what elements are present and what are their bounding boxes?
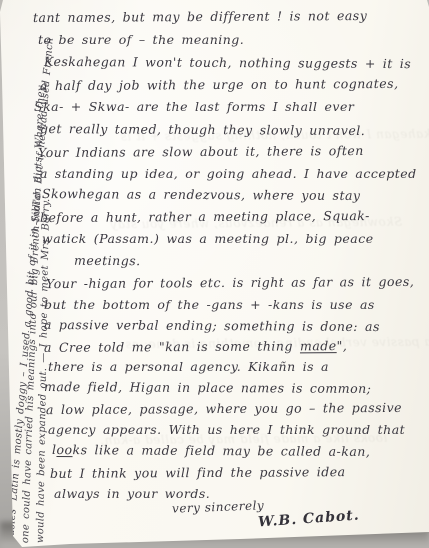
handwriting-text: a passive verbal ending; something is do… <box>44 317 380 334</box>
handwriting-line: a half day job with the urge on to hunt … <box>40 77 399 93</box>
handwriting-line: a Cree told me "kan is some thing made", <box>44 339 347 355</box>
handwriting-text: watick (Passam.) was a meeting pl., big … <box>42 231 374 246</box>
handwriting-line: Keskahegan I won't touch, nothing sugges… <box>44 55 411 71</box>
handwriting-line: to be sure of – the meaning. <box>38 33 244 47</box>
handwriting-line: get really tamed, though they slowly unr… <box>40 122 365 138</box>
closing-valediction: very sincerely <box>172 498 265 515</box>
handwriting-text: a half day job with the urge on to hunt … <box>40 76 399 93</box>
handwriting-line: but the bottom of the -gans + -kans is u… <box>44 298 375 312</box>
handwriting-line: a low place, passage, where you go – the… <box>46 401 402 417</box>
handwriting-line: watick (Passam.) was a meeting pl., big … <box>42 232 374 246</box>
handwriting-line: Your Indians are slow about it, there is… <box>38 144 364 160</box>
handwriting-text: Ska- + Skwa- are the last forms I shall … <box>34 99 354 114</box>
handwriting-text: there is a personal agency. Kikañn is a <box>48 359 329 374</box>
handwriting-text: Keskahegan I won't touch, nothing sugges… <box>44 54 411 71</box>
handwriting-text: Skowhegan as a rendezvous, where you sta… <box>42 186 361 203</box>
handwriting-line: before a hunt, rather a meeting place, S… <box>40 209 370 225</box>
handwriting-text: ks like a made field may be called a-kan… <box>73 442 371 459</box>
underlined-word: made <box>300 338 337 353</box>
handwriting-text: a Cree told me "kan is some thing <box>44 338 300 355</box>
handwriting-line: a standing up idea, or going ahead. I ha… <box>40 167 417 181</box>
handwriting-line: made field, Higan in place names is comm… <box>44 380 372 396</box>
handwriting-text: Your Indians are slow about it, there is… <box>38 143 364 160</box>
handwriting-text: but the bottom of the -gans + -kans is u… <box>44 297 375 312</box>
handwriting-line: a passive verbal ending; something is do… <box>44 318 380 334</box>
signature: W.B. Cabot. <box>258 507 361 530</box>
handwriting-text: Your -higan for tools etc. is right as f… <box>46 274 414 291</box>
handwriting-text: agency appears. With us here I think gro… <box>48 422 405 437</box>
handwriting-line: Ska- + Skwa- are the last forms I shall … <box>34 100 354 114</box>
handwriting-line: Skowhegan as a rendezvous, where you sta… <box>42 187 361 203</box>
handwriting-line: Your -higan for tools etc. is right as f… <box>46 275 414 291</box>
handwriting-text: a low place, passage, where you go – the… <box>46 400 402 417</box>
handwriting-text: a standing up idea, or going ahead. I ha… <box>40 166 417 181</box>
handwriting-line: there is a personal agency. Kikañn is a <box>48 360 329 374</box>
handwriting-text: tant names, but may be different ! is no… <box>33 8 367 25</box>
handwriting-text: meetings. <box>74 253 141 268</box>
handwriting-text: made field, Higan in place names is comm… <box>44 379 372 396</box>
handwriting-text: but I think you will find the passive id… <box>50 464 346 481</box>
scan-background: Keskahegan I won't touch, nothing sugges… <box>0 0 429 548</box>
underlined-word: oo <box>56 442 72 457</box>
handwriting-line: but I think you will find the passive id… <box>50 465 346 481</box>
handwriting-line: meetings. <box>74 254 141 268</box>
handwriting-text: ", <box>337 338 348 353</box>
handwriting-text: before a hunt, rather a meeting place, S… <box>40 208 370 225</box>
handwriting-line: agency appears. With us here I think gro… <box>48 423 405 437</box>
handwriting-text: always in your words. <box>54 486 210 501</box>
letter-page: Keskahegan I won't touch, nothing sugges… <box>0 0 429 548</box>
handwriting-text: to be sure of – the meaning. <box>38 32 244 47</box>
handwriting-text: get really tamed, though they slowly unr… <box>40 121 365 138</box>
handwriting-line: always in your words. <box>54 487 210 501</box>
handwriting-line: tant names, but may be different ! is no… <box>33 9 367 25</box>
handwriting-line: looks like a made field may be called a-… <box>52 443 370 459</box>
